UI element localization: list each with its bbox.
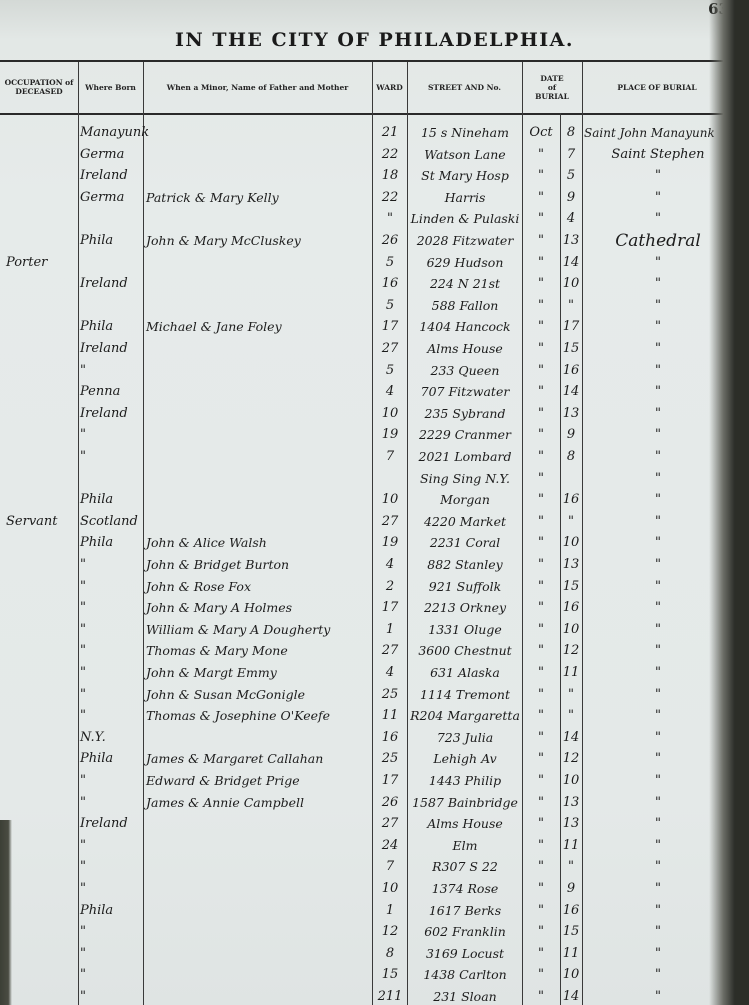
parents-cell bbox=[146, 987, 370, 1005]
parents-cell bbox=[146, 361, 370, 381]
where-born-cell: Germa bbox=[80, 188, 142, 208]
parents-cell: Thomas & Josephine O'Keefe bbox=[146, 706, 370, 726]
col-header-street: STREET AND No. bbox=[407, 62, 522, 112]
occupation-cell bbox=[6, 123, 76, 143]
where-born-cell: " bbox=[80, 361, 142, 381]
ward-cell: 27 bbox=[374, 512, 406, 532]
occupation-cell bbox=[6, 706, 76, 726]
occupation-cell bbox=[6, 987, 76, 1005]
burial-day-cell: 16 bbox=[561, 598, 581, 618]
burial-day-cell: 11 bbox=[561, 944, 581, 964]
burial-month-cell: " bbox=[523, 209, 559, 229]
occupation-cell bbox=[6, 361, 76, 381]
col-rule bbox=[78, 62, 79, 1005]
burial-day-cell: 9 bbox=[561, 425, 581, 445]
where-born-cell: Phila bbox=[80, 231, 142, 251]
ward-cell: 17 bbox=[374, 598, 406, 618]
where-born-cell: Ireland bbox=[80, 404, 142, 424]
occupation-cell bbox=[6, 922, 76, 942]
burial-month-cell: " bbox=[523, 901, 559, 921]
parents-cell: John & Mary McCluskey bbox=[146, 231, 370, 251]
parents-cell bbox=[146, 296, 370, 316]
occupation-cell bbox=[6, 339, 76, 359]
burial-day-cell: " bbox=[561, 857, 581, 877]
burial-month-cell: " bbox=[523, 490, 559, 510]
where-born-cell: Scotland bbox=[80, 512, 142, 532]
ward-cell: 21 bbox=[374, 123, 406, 143]
where-born-cell bbox=[80, 296, 142, 316]
ward-cell: 7 bbox=[374, 447, 406, 467]
burial-day-cell: 16 bbox=[561, 490, 581, 510]
burial-day-cell: 9 bbox=[561, 188, 581, 208]
occupation-cell bbox=[6, 620, 76, 640]
occupation-cell bbox=[6, 533, 76, 553]
burial-month-cell: Oct bbox=[523, 123, 559, 143]
occupation-cell bbox=[6, 447, 76, 467]
occupation-cell bbox=[6, 404, 76, 424]
ward-cell: 17 bbox=[374, 317, 406, 337]
ward-cell: 17 bbox=[374, 771, 406, 791]
street-cell: Alms House bbox=[409, 339, 521, 359]
street-cell: 4220 Market bbox=[409, 512, 521, 532]
where-born-cell: Ireland bbox=[80, 274, 142, 294]
ward-cell: 4 bbox=[374, 382, 406, 402]
burial-day-cell: 10 bbox=[561, 620, 581, 640]
where-born-cell: " bbox=[80, 857, 142, 877]
where-born-cell: Manayunk bbox=[80, 123, 142, 143]
where-born-cell: " bbox=[80, 685, 142, 705]
street-cell: Lehigh Av bbox=[409, 749, 521, 769]
burial-month-cell: " bbox=[523, 814, 559, 834]
occupation-cell bbox=[6, 965, 76, 985]
burial-day-cell: " bbox=[561, 296, 581, 316]
where-born-cell: Ireland bbox=[80, 339, 142, 359]
street-cell: 3600 Chestnut bbox=[409, 641, 521, 661]
parents-cell: James & Margaret Callahan bbox=[146, 749, 370, 769]
where-born-cell: " bbox=[80, 793, 142, 813]
burial-month-cell: " bbox=[523, 231, 559, 251]
parents-cell bbox=[146, 922, 370, 942]
parents-cell bbox=[146, 901, 370, 921]
where-born-cell: " bbox=[80, 879, 142, 899]
ward-cell: 18 bbox=[374, 166, 406, 186]
burial-day-cell: 8 bbox=[561, 123, 581, 143]
ward-cell: 10 bbox=[374, 490, 406, 510]
burial-month-cell: " bbox=[523, 577, 559, 597]
parents-cell bbox=[146, 274, 370, 294]
parents-cell: Thomas & Mary Mone bbox=[146, 641, 370, 661]
street-cell: 588 Fallon bbox=[409, 296, 521, 316]
burial-month-cell: " bbox=[523, 793, 559, 813]
parents-cell: John & Rose Fox bbox=[146, 577, 370, 597]
burial-month-cell: " bbox=[523, 685, 559, 705]
where-born-cell: " bbox=[80, 836, 142, 856]
ward-cell: 16 bbox=[374, 728, 406, 748]
street-cell: Watson Lane bbox=[409, 145, 521, 165]
street-cell: 631 Alaska bbox=[409, 663, 521, 683]
burial-month-cell: " bbox=[523, 145, 559, 165]
where-born-cell bbox=[80, 253, 142, 273]
where-born-cell: Phila bbox=[80, 490, 142, 510]
burial-day-cell: 10 bbox=[561, 771, 581, 791]
burial-month-cell: " bbox=[523, 253, 559, 273]
scan-edge-shadow bbox=[0, 820, 12, 1005]
parents-cell bbox=[146, 209, 370, 229]
burial-day-cell: 13 bbox=[561, 231, 581, 251]
ward-cell: 26 bbox=[374, 793, 406, 813]
ward-cell: 19 bbox=[374, 425, 406, 445]
parents-cell: Edward & Bridget Prige bbox=[146, 771, 370, 791]
col-rule bbox=[407, 62, 408, 1005]
ward-cell: 10 bbox=[374, 404, 406, 424]
burial-month-cell: " bbox=[523, 188, 559, 208]
street-cell: 1114 Tremont bbox=[409, 685, 521, 705]
burial-month-cell: " bbox=[523, 987, 559, 1005]
occupation-cell bbox=[6, 231, 76, 251]
occupation-cell bbox=[6, 598, 76, 618]
burial-month-cell: " bbox=[523, 447, 559, 467]
burial-month-cell: " bbox=[523, 922, 559, 942]
where-born-cell: " bbox=[80, 577, 142, 597]
parents-cell bbox=[146, 814, 370, 834]
occupation-cell bbox=[6, 944, 76, 964]
ward-cell: 10 bbox=[374, 879, 406, 899]
burial-day-cell: 12 bbox=[561, 749, 581, 769]
burial-day-cell: 16 bbox=[561, 901, 581, 921]
ward-cell: 19 bbox=[374, 533, 406, 553]
where-born-cell: N.Y. bbox=[80, 728, 142, 748]
where-born-cell: " bbox=[80, 706, 142, 726]
parents-cell: John & Susan McGonigle bbox=[146, 685, 370, 705]
ward-cell: 27 bbox=[374, 814, 406, 834]
ward-cell: 5 bbox=[374, 253, 406, 273]
ward-cell: 11 bbox=[374, 706, 406, 726]
burial-day-cell: 10 bbox=[561, 965, 581, 985]
parents-cell bbox=[146, 145, 370, 165]
col-rule bbox=[143, 62, 144, 1005]
parents-cell bbox=[146, 382, 370, 402]
burial-day-cell: 15 bbox=[561, 577, 581, 597]
parents-cell: John & Mary A Holmes bbox=[146, 598, 370, 618]
occupation-cell bbox=[6, 663, 76, 683]
street-cell: St Mary Hosp bbox=[409, 166, 521, 186]
burial-month-cell: " bbox=[523, 317, 559, 337]
street-cell: 1404 Hancock bbox=[409, 317, 521, 337]
where-born-cell: Phila bbox=[80, 749, 142, 769]
ward-cell: 8 bbox=[374, 944, 406, 964]
parents-cell bbox=[146, 512, 370, 532]
occupation-cell bbox=[6, 836, 76, 856]
ward-cell: 1 bbox=[374, 901, 406, 921]
where-born-cell: Penna bbox=[80, 382, 142, 402]
burial-day-cell: " bbox=[561, 512, 581, 532]
occupation-cell bbox=[6, 555, 76, 575]
occupation-cell bbox=[6, 382, 76, 402]
occupation-cell bbox=[6, 857, 76, 877]
burial-day-cell: 10 bbox=[561, 533, 581, 553]
col-header-where-born: Where Born bbox=[78, 62, 143, 112]
street-cell: 921 Suffolk bbox=[409, 577, 521, 597]
burial-day-cell: 14 bbox=[561, 253, 581, 273]
where-born-cell: " bbox=[80, 922, 142, 942]
burial-day-cell: 15 bbox=[561, 339, 581, 359]
ward-cell: 7 bbox=[374, 857, 406, 877]
burial-month-cell: " bbox=[523, 425, 559, 445]
where-born-cell: " bbox=[80, 663, 142, 683]
burial-month-cell: " bbox=[523, 663, 559, 683]
burial-month-cell: " bbox=[523, 166, 559, 186]
ward-cell: 211 bbox=[374, 987, 406, 1005]
col-header-date: DATE of BURIAL bbox=[522, 62, 582, 112]
occupation-cell bbox=[6, 793, 76, 813]
where-born-cell: " bbox=[80, 620, 142, 640]
occupation-cell bbox=[6, 728, 76, 748]
street-cell: 2028 Fitzwater bbox=[409, 231, 521, 251]
parents-cell bbox=[146, 879, 370, 899]
where-born-cell: " bbox=[80, 641, 142, 661]
burial-month-cell: " bbox=[523, 382, 559, 402]
occupation-cell bbox=[6, 469, 76, 489]
occupation-cell: Porter bbox=[6, 253, 76, 273]
col-rule bbox=[372, 62, 373, 1005]
burial-day-cell: " bbox=[561, 685, 581, 705]
street-cell: 1443 Philip bbox=[409, 771, 521, 791]
where-born-cell: " bbox=[80, 425, 142, 445]
burial-month-cell: " bbox=[523, 620, 559, 640]
parents-cell bbox=[146, 857, 370, 877]
ward-cell: 24 bbox=[374, 836, 406, 856]
burial-day-cell: 11 bbox=[561, 836, 581, 856]
burial-day-cell: 16 bbox=[561, 361, 581, 381]
street-cell: Linden & Pulaski bbox=[409, 209, 521, 229]
where-born-cell bbox=[80, 469, 142, 489]
parents-cell bbox=[146, 965, 370, 985]
col-header-occupation: OCCUPATION of DECEASED bbox=[2, 62, 76, 112]
burial-month-cell: " bbox=[523, 296, 559, 316]
burial-day-cell: 5 bbox=[561, 166, 581, 186]
occupation-cell bbox=[6, 685, 76, 705]
parents-cell bbox=[146, 253, 370, 273]
burial-month-cell: " bbox=[523, 533, 559, 553]
where-born-cell: Phila bbox=[80, 317, 142, 337]
burial-day-cell: 14 bbox=[561, 382, 581, 402]
where-born-cell: Germa bbox=[80, 145, 142, 165]
parents-cell: John & Alice Walsh bbox=[146, 533, 370, 553]
parents-cell bbox=[146, 728, 370, 748]
burial-day-cell: 8 bbox=[561, 447, 581, 467]
where-born-cell: Phila bbox=[80, 533, 142, 553]
street-cell: Harris bbox=[409, 188, 521, 208]
parents-cell bbox=[146, 944, 370, 964]
scan-edge-shadow bbox=[709, 0, 735, 1005]
street-cell: 235 Sybrand bbox=[409, 404, 521, 424]
burial-day-cell bbox=[561, 469, 581, 489]
burial-month-cell: " bbox=[523, 404, 559, 424]
where-born-cell: Phila bbox=[80, 901, 142, 921]
burial-month-cell: " bbox=[523, 641, 559, 661]
ward-cell: 22 bbox=[374, 188, 406, 208]
ward-cell: 1 bbox=[374, 620, 406, 640]
occupation-cell bbox=[6, 209, 76, 229]
parents-cell: William & Mary A Dougherty bbox=[146, 620, 370, 640]
ward-cell: 5 bbox=[374, 296, 406, 316]
occupation-cell bbox=[6, 166, 76, 186]
parents-cell bbox=[146, 469, 370, 489]
where-born-cell: " bbox=[80, 771, 142, 791]
ward-cell: 15 bbox=[374, 965, 406, 985]
ward-cell: 5 bbox=[374, 361, 406, 381]
street-cell: 231 Sloan bbox=[409, 987, 521, 1005]
occupation-cell bbox=[6, 749, 76, 769]
ward-cell: 4 bbox=[374, 555, 406, 575]
burial-month-cell: " bbox=[523, 469, 559, 489]
parents-cell bbox=[146, 339, 370, 359]
burial-month-cell: " bbox=[523, 555, 559, 575]
street-cell: 2229 Cranmer bbox=[409, 425, 521, 445]
street-cell: 233 Queen bbox=[409, 361, 521, 381]
burial-day-cell: 7 bbox=[561, 145, 581, 165]
parents-cell bbox=[146, 123, 370, 143]
where-born-cell: " bbox=[80, 447, 142, 467]
occupation-cell bbox=[6, 490, 76, 510]
burial-day-cell: 10 bbox=[561, 274, 581, 294]
burial-day-cell: 9 bbox=[561, 879, 581, 899]
burial-day-cell: 14 bbox=[561, 987, 581, 1005]
burial-month-cell: " bbox=[523, 836, 559, 856]
where-born-cell: " bbox=[80, 598, 142, 618]
col-rule bbox=[582, 62, 583, 1005]
ward-cell: 26 bbox=[374, 231, 406, 251]
occupation-cell: Servant bbox=[6, 512, 76, 532]
burial-day-cell: 11 bbox=[561, 663, 581, 683]
where-born-cell: " bbox=[80, 944, 142, 964]
ward-cell: " bbox=[374, 209, 406, 229]
parents-cell bbox=[146, 425, 370, 445]
street-cell: 2021 Lombard bbox=[409, 447, 521, 467]
occupation-cell bbox=[6, 296, 76, 316]
burial-month-cell: " bbox=[523, 857, 559, 877]
occupation-cell bbox=[6, 145, 76, 165]
col-header-ward: WARD bbox=[372, 62, 407, 112]
street-cell: Elm bbox=[409, 836, 521, 856]
parents-cell bbox=[146, 166, 370, 186]
street-cell: 602 Franklin bbox=[409, 922, 521, 942]
ward-cell: 4 bbox=[374, 663, 406, 683]
occupation-cell bbox=[6, 901, 76, 921]
where-born-cell bbox=[80, 209, 142, 229]
where-born-cell: " bbox=[80, 965, 142, 985]
occupation-cell bbox=[6, 641, 76, 661]
street-cell: 1374 Rose bbox=[409, 879, 521, 899]
burial-month-cell: " bbox=[523, 512, 559, 532]
occupation-cell bbox=[6, 879, 76, 899]
street-cell: 224 N 21st bbox=[409, 274, 521, 294]
burial-month-cell: " bbox=[523, 598, 559, 618]
ward-cell: 16 bbox=[374, 274, 406, 294]
occupation-cell bbox=[6, 771, 76, 791]
street-cell: 15 s Nineham bbox=[409, 123, 521, 143]
street-cell: Morgan bbox=[409, 490, 521, 510]
header-bottom-rule bbox=[0, 113, 735, 115]
parents-cell bbox=[146, 404, 370, 424]
burial-day-cell: 17 bbox=[561, 317, 581, 337]
parents-cell bbox=[146, 447, 370, 467]
burial-day-cell: 13 bbox=[561, 555, 581, 575]
burial-month-cell: " bbox=[523, 771, 559, 791]
street-cell: 3169 Locust bbox=[409, 944, 521, 964]
ward-cell: 12 bbox=[374, 922, 406, 942]
where-born-cell: " bbox=[80, 555, 142, 575]
street-cell: R204 Margaretta bbox=[409, 706, 521, 726]
ward-cell: 25 bbox=[374, 749, 406, 769]
ward-cell: 27 bbox=[374, 641, 406, 661]
page-title: IN THE CITY OF PHILADELPHIA. bbox=[0, 29, 735, 51]
ward-cell: 22 bbox=[374, 145, 406, 165]
parents-cell: John & Bridget Burton bbox=[146, 555, 370, 575]
burial-month-cell: " bbox=[523, 965, 559, 985]
street-cell: 723 Julia bbox=[409, 728, 521, 748]
street-cell: 1331 Oluge bbox=[409, 620, 521, 640]
parents-cell bbox=[146, 836, 370, 856]
ward-cell: 2 bbox=[374, 577, 406, 597]
burial-day-cell: 13 bbox=[561, 404, 581, 424]
burial-day-cell: 13 bbox=[561, 793, 581, 813]
street-cell: 882 Stanley bbox=[409, 555, 521, 575]
parents-cell: James & Annie Campbell bbox=[146, 793, 370, 813]
burial-month-cell: " bbox=[523, 706, 559, 726]
occupation-cell bbox=[6, 425, 76, 445]
street-cell: 2231 Coral bbox=[409, 533, 521, 553]
street-cell: 1617 Berks bbox=[409, 901, 521, 921]
ward-cell: 25 bbox=[374, 685, 406, 705]
burial-day-cell: 4 bbox=[561, 209, 581, 229]
burial-day-cell: 13 bbox=[561, 814, 581, 834]
street-cell: Alms House bbox=[409, 814, 521, 834]
occupation-cell bbox=[6, 577, 76, 597]
occupation-cell bbox=[6, 188, 76, 208]
parents-cell bbox=[146, 490, 370, 510]
where-born-cell: " bbox=[80, 987, 142, 1005]
street-cell: R307 S 22 bbox=[409, 857, 521, 877]
burial-day-cell: 14 bbox=[561, 728, 581, 748]
parents-cell: John & Margt Emmy bbox=[146, 663, 370, 683]
burial-month-cell: " bbox=[523, 944, 559, 964]
occupation-cell bbox=[6, 274, 76, 294]
burial-month-cell: " bbox=[523, 361, 559, 381]
parents-cell: Patrick & Mary Kelly bbox=[146, 188, 370, 208]
where-born-cell: Ireland bbox=[80, 166, 142, 186]
burial-day-cell: 15 bbox=[561, 922, 581, 942]
burial-day-cell: " bbox=[561, 706, 581, 726]
street-cell: 707 Fitzwater bbox=[409, 382, 521, 402]
street-cell: 1438 Carlton bbox=[409, 965, 521, 985]
ward-cell bbox=[374, 469, 406, 489]
parents-cell: Michael & Jane Foley bbox=[146, 317, 370, 337]
occupation-cell bbox=[6, 317, 76, 337]
burial-day-cell: 12 bbox=[561, 641, 581, 661]
burial-month-cell: " bbox=[523, 749, 559, 769]
col-header-parents: When a Minor, Name of Father and Mother bbox=[143, 62, 372, 112]
burial-month-cell: " bbox=[523, 728, 559, 748]
burial-month-cell: " bbox=[523, 879, 559, 899]
ward-cell: 27 bbox=[374, 339, 406, 359]
occupation-cell bbox=[6, 814, 76, 834]
street-cell: Sing Sing N.Y. bbox=[409, 469, 521, 489]
street-cell: 629 Hudson bbox=[409, 253, 521, 273]
street-cell: 1587 Bainbridge bbox=[409, 793, 521, 813]
street-cell: 2213 Orkney bbox=[409, 598, 521, 618]
burial-month-cell: " bbox=[523, 339, 559, 359]
